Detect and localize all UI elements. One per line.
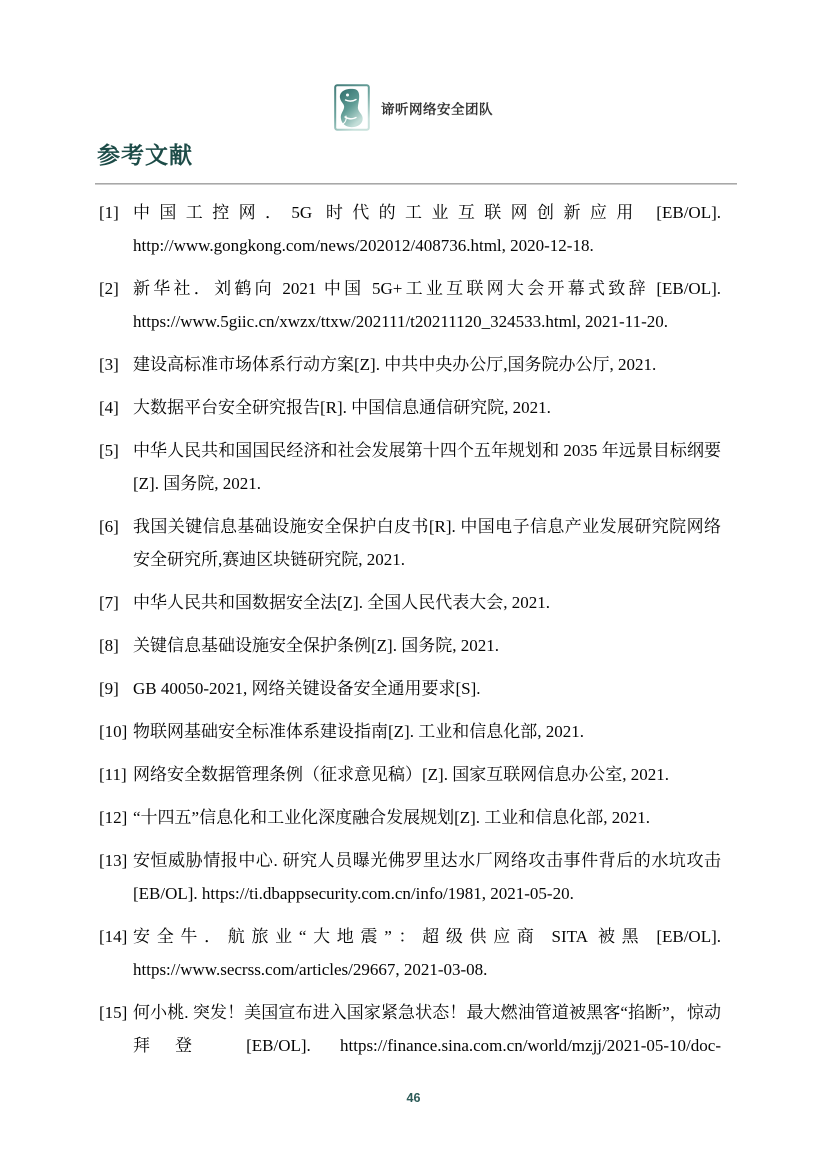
reference-item: [10] 物联网基础安全标准体系建设指南[Z]. 工业和信息化部, 2021.	[99, 715, 721, 748]
reference-item: [14] 安全牛．航旅业“大地震”：超级供应商 SITA 被黑 [EB/OL].…	[99, 920, 721, 986]
reference-number: [6]	[99, 510, 119, 543]
reference-number: [1]	[99, 196, 119, 229]
reference-item: [13] 安恒威胁情报中心. 研究人员曝光佛罗里达水厂网络攻击事件背后的水坑攻击…	[99, 844, 721, 910]
reference-number: [3]	[99, 348, 119, 381]
reference-text: 中国工控网．5G 时代的工业互联网创新应用 [EB/OL]. http://ww…	[133, 203, 721, 255]
reference-text: 关键信息基础设施安全保护条例[Z]. 国务院, 2021.	[133, 636, 499, 655]
reference-number: [9]	[99, 672, 119, 705]
reference-item: [9] GB 40050-2021, 网络关键设备安全通用要求[S].	[99, 672, 721, 705]
reference-text: 大数据平台安全研究报告[R]. 中国信息通信研究院, 2021.	[133, 398, 551, 417]
reference-item: [12] “十四五”信息化和工业化深度融合发展规划[Z]. 工业和信息化部, 2…	[99, 801, 721, 834]
reference-item: [11] 网络安全数据管理条例（征求意见稿）[Z]. 国家互联网信息办公室, 2…	[99, 758, 721, 791]
reference-item: [6] 我国关键信息基础设施安全保护白皮书[R]. 中国电子信息产业发展研究院网…	[99, 510, 721, 576]
reference-text: 建设高标准市场体系行动方案[Z]. 中共中央办公厅,国务院办公厅, 2021.	[133, 355, 656, 374]
reference-number: [14]	[99, 920, 127, 953]
team-name: 谛听网络安全团队	[381, 98, 493, 118]
reference-number: [5]	[99, 434, 119, 467]
section-divider	[95, 183, 737, 185]
reference-text: “十四五”信息化和工业化深度融合发展规划[Z]. 工业和信息化部, 2021.	[133, 808, 650, 827]
reference-text: GB 40050-2021, 网络关键设备安全通用要求[S].	[133, 679, 481, 698]
references-section: 参考文献 [1] 中国工控网．5G 时代的工业互联网创新应用 [EB/OL]. …	[95, 137, 737, 1072]
diting-seal-logo-icon	[334, 84, 370, 131]
reference-text: 中华人民共和国国民经济和社会发展第十四个五年规划和 2035 年远景目标纲要[Z…	[133, 441, 721, 493]
reference-text: 新华社．刘鹤向 2021 中国 5G+工业互联网大会开幕式致辞 [EB/OL].…	[133, 279, 721, 331]
reference-text: 网络安全数据管理条例（征求意见稿）[Z]. 国家互联网信息办公室, 2021.	[133, 765, 669, 784]
reference-text: 我国关键信息基础设施安全保护白皮书[R]. 中国电子信息产业发展研究院网络安全研…	[133, 517, 721, 569]
reference-number: [10]	[99, 715, 127, 748]
reference-item: [15] 何小桃. 突发！美国宣布进入国家紧急状态！最大燃油管道被黑客“掐断”，…	[99, 996, 721, 1062]
reference-list: [1] 中国工控网．5G 时代的工业互联网创新应用 [EB/OL]. http:…	[99, 196, 721, 1062]
reference-text: 安恒威胁情报中心. 研究人员曝光佛罗里达水厂网络攻击事件背后的水坑攻击[EB/O…	[133, 851, 721, 903]
reference-item: [1] 中国工控网．5G 时代的工业互联网创新应用 [EB/OL]. http:…	[99, 196, 721, 262]
reference-number: [15]	[99, 996, 127, 1029]
page-header: 谛听网络安全团队	[0, 84, 827, 131]
reference-text: 中华人民共和国数据安全法[Z]. 全国人民代表大会, 2021.	[133, 593, 550, 612]
reference-number: [12]	[99, 801, 127, 834]
reference-item: [4] 大数据平台安全研究报告[R]. 中国信息通信研究院, 2021.	[99, 391, 721, 424]
reference-item: [7] 中华人民共和国数据安全法[Z]. 全国人民代表大会, 2021.	[99, 586, 721, 619]
section-title: 参考文献	[97, 137, 737, 170]
reference-number: [11]	[99, 758, 127, 791]
reference-item: [3] 建设高标准市场体系行动方案[Z]. 中共中央办公厅,国务院办公厅, 20…	[99, 348, 721, 381]
reference-number: [13]	[99, 844, 127, 877]
reference-item: [5] 中华人民共和国国民经济和社会发展第十四个五年规划和 2035 年远景目标…	[99, 434, 721, 500]
reference-text: 安全牛．航旅业“大地震”：超级供应商 SITA 被黑 [EB/OL]. http…	[133, 927, 721, 979]
reference-number: [2]	[99, 272, 119, 305]
reference-number: [7]	[99, 586, 119, 619]
reference-number: [4]	[99, 391, 119, 424]
reference-item: [2] 新华社．刘鹤向 2021 中国 5G+工业互联网大会开幕式致辞 [EB/…	[99, 272, 721, 338]
page-number: 46	[0, 1091, 827, 1105]
reference-number: [8]	[99, 629, 119, 662]
reference-text: 物联网基础安全标准体系建设指南[Z]. 工业和信息化部, 2021.	[133, 722, 584, 741]
reference-item: [8] 关键信息基础设施安全保护条例[Z]. 国务院, 2021.	[99, 629, 721, 662]
reference-text: 何小桃. 突发！美国宣布进入国家紧急状态！最大燃油管道被黑客“掐断”，惊动拜登 …	[133, 1003, 721, 1055]
document-page: { "colors": { "accent_teal": "#1c4b47", …	[0, 0, 827, 1170]
